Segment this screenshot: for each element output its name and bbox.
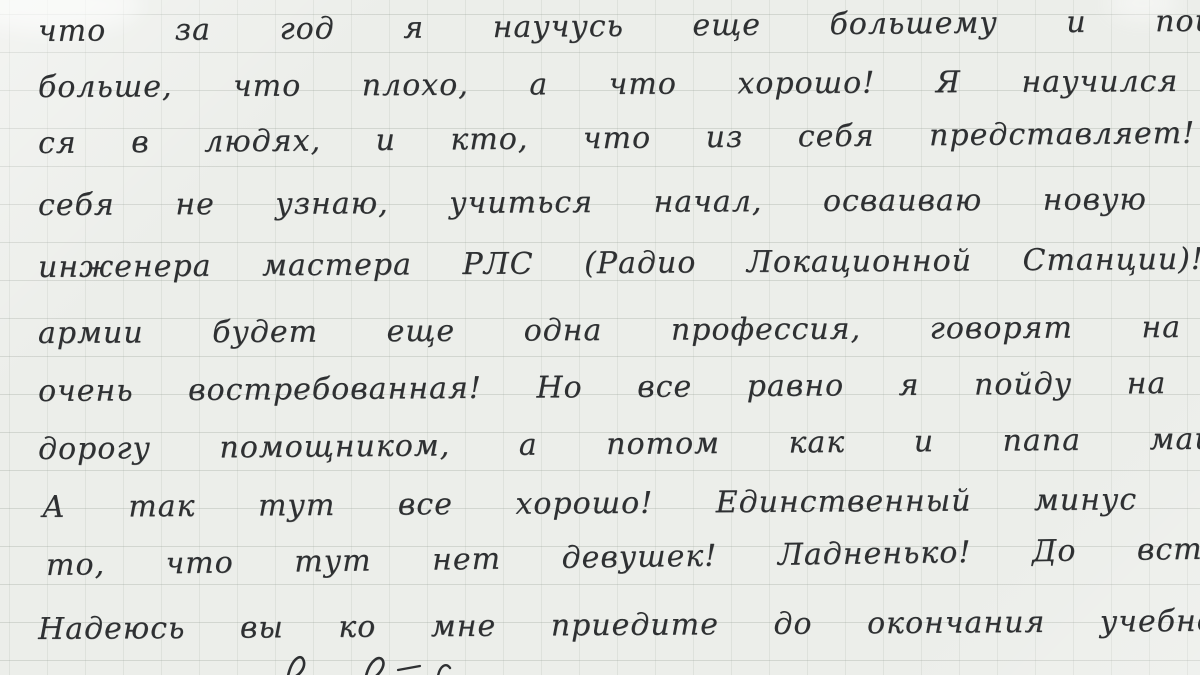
letter-line-5: инженера мастера РЛС (Радио Локационной … (38, 241, 1200, 285)
letter-line-10: то, что тут нет девушек! Ладненько! До в… (46, 531, 1200, 583)
letter-line-3: ся в людях, и кто, что из себя представл… (38, 114, 1200, 161)
cutoff-next-line-strokes (270, 646, 490, 675)
letter-line-4: себя не узнаю, учиться начал, осваиваю н… (38, 181, 1200, 223)
letter-line-11: Надеюсь вы ко мне приедите до окончания … (38, 602, 1200, 647)
letter-line-8: дорогу помощником, а потом как и папа ма… (38, 420, 1200, 467)
letter-line-6: армии будет еще одна профессия, говорят … (38, 309, 1200, 351)
letter-line-7: очень востребованная! Но все равно я пой… (38, 365, 1200, 409)
handwritten-letter-photo: что за год я научусь еще большему и пойм… (0, 0, 1200, 675)
letter-line-2: больше, что плохо, а что хорошо! Я научи… (38, 63, 1200, 105)
letter-line-1: что за год я научусь еще большему и пойм… (38, 2, 1200, 49)
letter-line-9: А так тут все хорошо! Единственный минус… (42, 481, 1200, 525)
